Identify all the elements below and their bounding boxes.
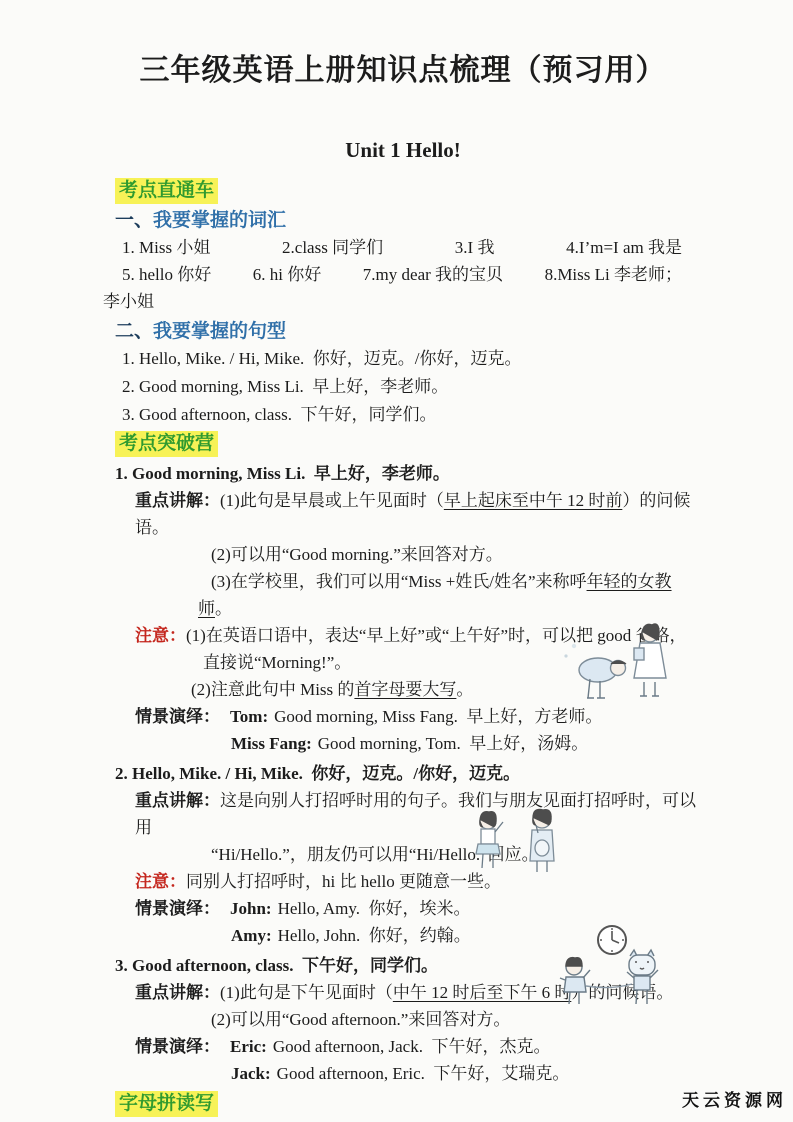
dialog-speaker: Miss Fang: [231, 734, 312, 753]
dialog-speaker: Jack: [231, 1064, 271, 1083]
explain-underlined-text: 中午 12 时后至下午 6 时 [393, 983, 572, 1002]
point-2-explain-line-1: 重点讲解：这是向别人打招呼时用的句子。我们与朋友见面打招呼时，可以用 [103, 787, 703, 841]
point-1-explain-line-3: (3)在学校里，我们可以用“Miss +姓氏/姓名”来称呼年轻的女教 [103, 568, 703, 595]
point-3-dialog-line-1: 情景演绎：Eric:Good afternoon, Jack. 下午好，杰克。 [103, 1033, 703, 1060]
point-1-title: 1. Good morning, Miss Li. 早上好，李老师。 [103, 460, 703, 487]
explain-label: 重点讲解： [135, 791, 220, 810]
dialog-speaker: John: [230, 899, 272, 918]
note-text: 。 [456, 680, 473, 699]
vocab-item-1: 1. Miss 小姐 [122, 234, 210, 261]
dialog-speaker: Eric: [230, 1037, 267, 1056]
note-label: 注意： [135, 626, 186, 645]
sentences-heading-number: 二、 [115, 321, 153, 342]
vocab-row-2: 5. hello 你好 6. hi 你好 7.my dear 我的宝贝 8.Mi… [103, 261, 682, 288]
scene-label: 情景演绎： [135, 899, 220, 918]
student-bowing-to-teacher-illustration [560, 616, 680, 704]
point-2-title: 2. Hello, Mike. / Hi, Mike. 你好，迈克。/你好，迈克… [103, 760, 703, 787]
section-badge-express: 考点直通车 [115, 178, 218, 204]
section-badge-letters: 字母拼读写 [115, 1091, 218, 1117]
point-1-dialog-line-2: Miss Fang:Good morning, Tom. 早上好，汤姆。 [103, 730, 703, 757]
vocab-heading-text: 我要掌握的词汇 [153, 210, 286, 231]
page-title: 三年级英语上册知识点梳理（预习用） [103, 50, 703, 92]
point-2-note-line-1: 注意：同别人打招呼时，hi 比 hello 更随意一些。 [103, 868, 703, 895]
vocab-item-7: 7.my dear 我的宝贝 [363, 261, 503, 288]
vocab-item-6: 6. hi 你好 [253, 261, 321, 288]
vocab-item-2: 2.class 同学们 [282, 234, 383, 261]
worksheet-page: 三年级英语上册知识点梳理（预习用） Unit 1 Hello! 考点直通车 一、… [0, 0, 793, 1122]
explain-text: (2)可以用“Good afternoon.”来回答对方。 [211, 1010, 510, 1029]
vocab-item-3: 3.I 我 [455, 234, 495, 261]
scene-label: 情景演绎： [135, 707, 220, 726]
point-1-explain-line-2: (2)可以用“Good morning.”来回答对方。 [103, 541, 703, 568]
note-underlined-text: 首字母要大写 [354, 680, 456, 699]
vocab-item-4: 4.I’m=I am 我是 [566, 234, 682, 261]
unit-title: Unit 1 Hello! [103, 136, 703, 164]
vocab-row-1: 1. Miss 小姐 2.class 同学们 3.I 我 4.I’m=I am … [103, 234, 682, 261]
explain-text: 这是向别人打招呼时用的句子。我们与朋友见面打招呼时，可以用 [135, 791, 696, 837]
point-2-dialog-line-1: 情景演绎：John:Hello, Amy. 你好，埃米。 [103, 895, 703, 922]
note-text: 直接说“Morning!”。 [203, 653, 351, 672]
note-text: (2)注意此句中 Miss 的 [191, 680, 354, 699]
dialog-text: Hello, Amy. 你好，埃米。 [278, 899, 471, 918]
explain-text: (3)在学校里，我们可以用“Miss +姓氏/姓名”来称呼 [211, 572, 587, 591]
watermark: 天云资源网 [682, 1086, 787, 1111]
vocab-item-8: 8.Miss Li 李老师； [545, 261, 682, 288]
sentences-heading-text: 我要掌握的句型 [153, 321, 286, 342]
two-kids-waving-hello-illustration [460, 806, 572, 878]
explain-text: (1)此句是下午见面时（ [220, 983, 393, 1002]
point-1-explain-line-1: 重点讲解：(1)此句是早晨或上午见面时（早上起床至中午 12 时前）的问候语。 [103, 487, 703, 541]
point-1-dialog-line-1: 情景演绎：Tom:Good morning, Miss Fang. 早上好，方老… [103, 703, 703, 730]
sentence-item-1: 1. Hello, Mike. / Hi, Mike. 你好，迈克。/你好，迈克… [103, 345, 703, 373]
point-3-dialog-line-2: Jack:Good afternoon, Eric. 下午好，艾瑞克。 [103, 1060, 703, 1087]
explain-label: 重点讲解： [135, 491, 220, 510]
sentence-item-3: 3. Good afternoon, class. 下午好，同学们。 [103, 401, 703, 429]
dialog-text: Hello, John. 你好，约翰。 [278, 926, 471, 945]
vocab-item-5: 5. hello 你好 [122, 261, 211, 288]
explain-underlined-text: 师 [198, 599, 215, 618]
dialog-speaker: Tom: [230, 707, 268, 726]
point-2-explain-line-2: “Hi/Hello.”，朋友仍可以用“Hi/Hello.”回应。 [103, 841, 703, 868]
section-badge-breakthrough: 考点突破营 [115, 431, 218, 457]
explain-label: 重点讲解： [135, 983, 220, 1002]
dialog-text: Good morning, Miss Fang. 早上好，方老师。 [274, 707, 602, 726]
dialog-text: Good afternoon, Jack. 下午好，杰克。 [273, 1037, 551, 1056]
explain-text: (1)此句是早晨或上午见面时（ [220, 491, 444, 510]
two-kids-with-clock-illustration [548, 920, 668, 1012]
sentence-item-2: 2. Good morning, Miss Li. 早上好，李老师。 [103, 373, 703, 401]
dialog-text: Good afternoon, Eric. 下午好，艾瑞克。 [277, 1064, 570, 1083]
scene-label: 情景演绎： [135, 1037, 220, 1056]
vocab-heading-number: 一、 [115, 210, 153, 231]
dialog-speaker: Amy: [231, 926, 272, 945]
sentences-heading: 二、我要掌握的句型 [115, 318, 703, 345]
dialog-text: Good morning, Tom. 早上好，汤姆。 [318, 734, 589, 753]
vocab-item-8-continuation: 李小姐 [103, 288, 703, 315]
vocab-heading: 一、我要掌握的词汇 [115, 207, 703, 234]
note-label: 注意： [135, 872, 186, 891]
explain-underlined-text: 年轻的女教 [587, 572, 672, 591]
explain-underlined-text: 早上起床至中午 12 时前 [444, 491, 623, 510]
note-text: 同别人打招呼时，hi 比 hello 更随意一些。 [186, 872, 501, 891]
explain-text: (2)可以用“Good morning.”来回答对方。 [211, 545, 503, 564]
explain-text: 。 [215, 599, 232, 618]
